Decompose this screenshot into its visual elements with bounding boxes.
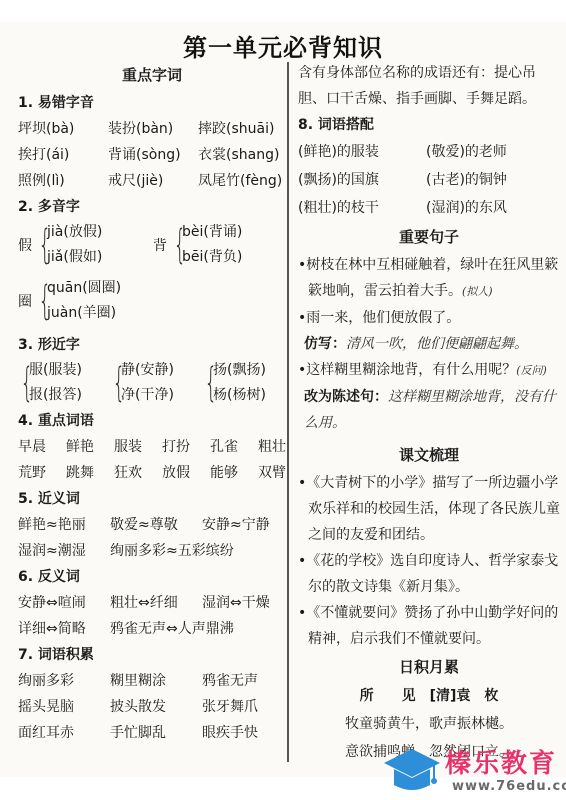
polyphone-group: 圈 { quān(圆圈) juàn(羊圈) bbox=[18, 276, 286, 326]
collocation-row: (鲜艳)的服装 (敬爱)的老师 bbox=[298, 138, 560, 166]
collocation-item: (飘扬)的国旗 bbox=[298, 166, 426, 194]
idiom-row: 摇头晃脑 披头散发 张牙舞爪 bbox=[18, 694, 286, 720]
watermark-brand: 榛乐教育 bbox=[445, 743, 557, 780]
synonym-row: 鲜艳≈艳丽 敬爱≈尊敬 安静≈宁静 bbox=[18, 512, 286, 538]
heading-collocations: 8. 词语搭配 bbox=[298, 112, 560, 138]
brace-icon: { bbox=[174, 225, 179, 265]
word-item: 装扮(bàn) bbox=[108, 116, 198, 142]
word-item: 安静≈宁静 bbox=[202, 512, 270, 538]
word-item: 面红耳赤 bbox=[18, 720, 110, 746]
word-item: 眼疾手快 bbox=[202, 720, 258, 746]
word-item: 鸦雀无声⇔人声鼎沸 bbox=[110, 616, 234, 642]
polyphone-reading: bēi(背负) bbox=[182, 245, 242, 270]
idiom-row: 面红耳赤 手忙脚乱 眼疾手快 bbox=[18, 720, 286, 746]
word-item: 早晨 bbox=[18, 434, 46, 460]
left-column: 重点字词 1. 易错字音 坪坝(bà) 装扮(bàn) 摔跤(shuāi) 挨打… bbox=[18, 60, 286, 746]
polyphone-group: 假 { jià(放假) jiǎ(假如) bbox=[18, 220, 153, 270]
polyphone-reading: bèi(背诵) bbox=[182, 220, 242, 245]
word-item: 放假 bbox=[162, 460, 190, 486]
word-item: 衣裳(shang) bbox=[198, 142, 279, 168]
similar-char-item: 服(服装) bbox=[29, 358, 82, 383]
section-title-poem: 日积月累 bbox=[298, 652, 560, 682]
pronunciation-row: 照例(lì) 戒尺(jiè) 凤尾竹(fèng) bbox=[18, 168, 286, 194]
section-title-sentences: 重要句子 bbox=[298, 222, 560, 252]
heading-pronunciation: 1. 易错字音 bbox=[18, 90, 286, 116]
word-item: 坪坝(bà) bbox=[18, 116, 108, 142]
heading-polyphones: 2. 多音字 bbox=[18, 194, 286, 220]
similar-char-item: 杨(杨树) bbox=[213, 383, 266, 408]
similar-char-item: 静(安静) bbox=[121, 358, 174, 383]
word-item: 绚丽多彩≈五彩缤纷 bbox=[110, 538, 234, 564]
word-item: 敬爱≈尊敬 bbox=[110, 512, 202, 538]
sentence-note: (反问) bbox=[516, 364, 547, 377]
antonym-row: 安静⇔喧闹 粗壮⇔纤细 湿润⇔干燥 bbox=[18, 590, 286, 616]
sentence-item: •这样糊里糊涂地背，有什么用呢？(反问) bbox=[298, 357, 560, 384]
word-item: 打扮 bbox=[162, 434, 190, 460]
synonym-row: 湿润≈潮湿 绚丽多彩≈五彩缤纷 bbox=[18, 538, 286, 564]
brace-icon: { bbox=[39, 225, 44, 265]
sentence-rewrite: 仿写：清风一吹，他们便翩翩起舞。 bbox=[298, 331, 560, 357]
similar-char-group: { 静(安静) 净(干净) bbox=[110, 358, 202, 408]
heading-synonyms: 5. 近义词 bbox=[18, 486, 286, 512]
summary-item: •《不懂就要问》赞扬了孙中山勤学好问的精神，启示我们不懂就要问。 bbox=[298, 600, 560, 652]
word-item: 粗壮 bbox=[258, 434, 286, 460]
polyphone-char: 背 bbox=[153, 235, 171, 255]
word-item: 戒尺(jiè) bbox=[108, 168, 198, 194]
rewrite-label: 改为陈述句： bbox=[304, 389, 388, 405]
similar-char-item: 净(干净) bbox=[121, 383, 174, 408]
key-phrase-row: 荒野 跳舞 狂欢 放假 能够 双臂 bbox=[18, 460, 286, 486]
word-item: 张牙舞爪 bbox=[202, 694, 258, 720]
word-item: 摔跤(shuāi) bbox=[198, 116, 274, 142]
polyphone-reading: jià(放假) bbox=[47, 220, 102, 245]
antonym-row: 详细⇔简略 鸦雀无声⇔人声鼎沸 bbox=[18, 616, 286, 642]
sentence-item: •树枝在林中互相碰触着，绿叶在狂风里簌簌地响，雷云拍着大手。(拟人) bbox=[298, 252, 560, 305]
word-item: 详细⇔简略 bbox=[18, 616, 110, 642]
right-column: 含有身体部位名称的成语还有：提心吊胆、口干舌燥、指手画脚、手舞足蹈。 8. 词语… bbox=[298, 60, 560, 766]
brace-icon: { bbox=[21, 363, 26, 403]
sentence-text: •树枝在林中互相碰触着，绿叶在狂风里簌簌地响，雷云拍着大手。 bbox=[298, 257, 558, 299]
collocation-item: (粗壮)的枝干 bbox=[298, 194, 426, 222]
page-title: 第一单元必背知识 bbox=[0, 28, 566, 63]
rewrite-label: 仿写： bbox=[304, 336, 346, 352]
heading-idioms: 7. 词语积累 bbox=[18, 642, 286, 668]
poem-header: 所 见 [清]袁 枚 bbox=[298, 682, 560, 710]
heading-key-phrases: 4. 重点词语 bbox=[18, 408, 286, 434]
pronunciation-row: 坪坝(bà) 装扮(bàn) 摔跤(shuāi) bbox=[18, 116, 286, 142]
collocation-item: (鲜艳)的服装 bbox=[298, 138, 426, 166]
brace-icon: { bbox=[205, 363, 210, 403]
word-item: 糊里糊涂 bbox=[110, 668, 202, 694]
sentence-text: •这样糊里糊涂地背，有什么用呢？ bbox=[298, 362, 516, 378]
word-item: 鸦雀无声 bbox=[202, 668, 258, 694]
polyphone-char: 圈 bbox=[18, 291, 36, 311]
rewrite-text: 清风一吹，他们便翩翩起舞。 bbox=[346, 336, 528, 352]
similar-char-group: { 扬(飘扬) 杨(杨树) bbox=[202, 358, 266, 408]
word-item: 背诵(sòng) bbox=[108, 142, 198, 168]
word-item: 湿润≈潮湿 bbox=[18, 538, 110, 564]
sentence-text: •雨一来，他们便放假了。 bbox=[298, 310, 460, 326]
sentence-rewrite: 改为陈述句：这样糊里糊涂地背，没有什么用。 bbox=[298, 384, 560, 436]
word-item: 披头散发 bbox=[110, 694, 202, 720]
watermark-logo: 榛乐教育 www.76edu.com bbox=[382, 745, 566, 800]
heading-antonyms: 6. 反义词 bbox=[18, 564, 286, 590]
idiom-row: 绚丽多彩 糊里糊涂 鸦雀无声 bbox=[18, 668, 286, 694]
graduation-cap-icon bbox=[382, 745, 442, 795]
word-item: 摇头晃脑 bbox=[18, 694, 110, 720]
similar-chars-row: { 服(服装) 报(报答) { 静(安静) 净(干净) { 扬(飘扬) 杨(杨树… bbox=[18, 358, 286, 408]
word-item: 鲜艳≈艳丽 bbox=[18, 512, 110, 538]
pronunciation-row: 挨打(ái) 背诵(sòng) 衣裳(shang) bbox=[18, 142, 286, 168]
summary-item: •《花的学校》选自印度诗人、哲学家泰戈尔的散文诗集《新月集》。 bbox=[298, 548, 560, 600]
polyphone-group: 背 { bèi(背诵) bēi(背负) bbox=[153, 220, 242, 270]
collocation-item: (敬爱)的老师 bbox=[426, 138, 554, 166]
word-item: 跳舞 bbox=[66, 460, 94, 486]
polyphone-reading: juàn(羊圈) bbox=[47, 301, 121, 326]
word-item: 手忙脚乱 bbox=[110, 720, 202, 746]
sentence-item: •雨一来，他们便放假了。 bbox=[298, 305, 560, 331]
word-item: 绚丽多彩 bbox=[18, 668, 110, 694]
key-phrase-row: 早晨 鲜艳 服装 打扮 孔雀 粗壮 bbox=[18, 434, 286, 460]
word-item: 鲜艳 bbox=[66, 434, 94, 460]
brace-icon: { bbox=[39, 281, 44, 321]
word-item: 粗壮⇔纤细 bbox=[110, 590, 202, 616]
column-divider bbox=[287, 62, 289, 762]
polyphone-reading: jiǎ(假如) bbox=[47, 245, 102, 270]
idiom-note: 含有身体部位名称的成语还有：提心吊胆、口干舌燥、指手画脚、手舞足蹈。 bbox=[298, 60, 560, 112]
brace-icon: { bbox=[113, 363, 118, 403]
word-item: 挨打(ái) bbox=[18, 142, 108, 168]
word-item: 双臂 bbox=[258, 460, 286, 486]
section-title-key-words: 重点字词 bbox=[18, 60, 286, 90]
collocation-item: (古老)的铜钟 bbox=[426, 166, 554, 194]
collocation-row: (粗壮)的枝干 (湿润)的东风 bbox=[298, 194, 560, 222]
poem-line: 牧童骑黄牛，歌声振林樾。 bbox=[298, 710, 560, 738]
word-item: 孔雀 bbox=[210, 434, 238, 460]
word-item: 服装 bbox=[114, 434, 142, 460]
word-item: 凤尾竹(fèng) bbox=[198, 168, 282, 194]
heading-similar-chars: 3. 形近字 bbox=[18, 332, 286, 358]
word-item: 荒野 bbox=[18, 460, 46, 486]
word-item: 狂欢 bbox=[114, 460, 142, 486]
section-title-summary: 课文梳理 bbox=[298, 440, 560, 470]
watermark-url: www.76edu.com bbox=[452, 779, 566, 794]
similar-char-item: 报(报答) bbox=[29, 383, 82, 408]
similar-char-item: 扬(飘扬) bbox=[213, 358, 266, 383]
collocation-item: (湿润)的东风 bbox=[426, 194, 554, 222]
polyphone-row: 假 { jià(放假) jiǎ(假如) 背 { bèi(背诵) bēi(背负) bbox=[18, 220, 286, 270]
summary-item: •《大青树下的小学》描写了一所边疆小学欢乐祥和的校园生活，体现了各民族儿童之间的… bbox=[298, 470, 560, 548]
word-item: 照例(lì) bbox=[18, 168, 108, 194]
polyphone-reading: quān(圆圈) bbox=[47, 276, 121, 301]
word-item: 湿润⇔干燥 bbox=[202, 590, 270, 616]
collocation-row: (飘扬)的国旗 (古老)的铜钟 bbox=[298, 166, 560, 194]
word-item: 安静⇔喧闹 bbox=[18, 590, 110, 616]
sentence-note: (拟人) bbox=[462, 285, 493, 298]
polyphone-char: 假 bbox=[18, 235, 36, 255]
word-item: 能够 bbox=[210, 460, 238, 486]
similar-char-group: { 服(服装) 报(报答) bbox=[18, 358, 110, 408]
